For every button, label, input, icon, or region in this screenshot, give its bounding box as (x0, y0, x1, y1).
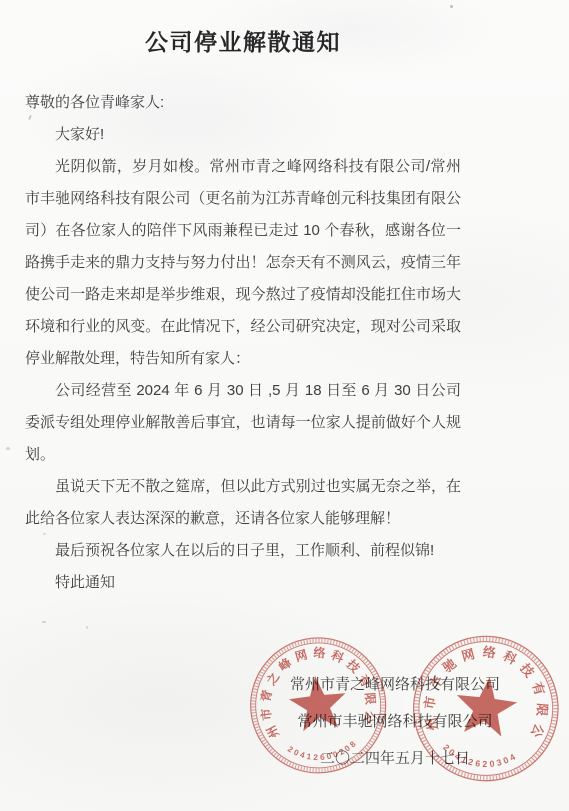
page-title: 公司停业解散通知 (25, 24, 461, 57)
scan-speck (42, 621, 46, 623)
salutation-line: 尊敬的各位青峰家人: (25, 87, 461, 119)
scanned-document-page: 公司停业解散通知 尊敬的各位青峰家人: 大家好! 光阴似箭，岁月如梭。常州市青之… (0, 0, 569, 811)
scan-speck (86, 626, 88, 629)
scan-speck (43, 533, 46, 535)
signature-block: 常州市青之峰网络科技有限公司 常州市丰驰网络科技有限公司 二〇二四年五月十七日 (264, 666, 526, 777)
signature-date: 二〇二四年五月十七日 (264, 740, 526, 777)
body-paragraph-3: 虽说天下无不散之筵席，但以此方式别过也实属无奈之举，在此给各位家人表达深深的歉意… (25, 471, 461, 535)
scan-speck (6, 447, 10, 450)
signature-company-1: 常州市青之峰网络科技有限公司 (264, 666, 526, 703)
signature-company-2: 常州市丰驰网络科技有限公司 (264, 703, 526, 740)
body-paragraph-4: 最后预祝各位家人在以后的日子里，工作顺利、前程似锦! (25, 535, 461, 567)
greeting-line: 大家好! (25, 119, 461, 151)
closing-line: 特此通知 (25, 567, 461, 599)
body-paragraph-2: 公司经营至 2024 年 6 月 30 日 ,5 月 18 日至 6 月 30 … (25, 375, 461, 471)
body-paragraph-1: 光阴似箭，岁月如梭。常州市青之峰网络科技有限公司/常州市丰驰网络科技有限公司（更… (25, 151, 461, 375)
document-body: 公司停业解散通知 尊敬的各位青峰家人: 大家好! 光阴似箭，岁月如梭。常州市青之… (25, 0, 461, 599)
letter-text: 尊敬的各位青峰家人: 大家好! 光阴似箭，岁月如梭。常州市青之峰网络科技有限公司… (25, 87, 461, 599)
scan-speck (450, 5, 453, 8)
